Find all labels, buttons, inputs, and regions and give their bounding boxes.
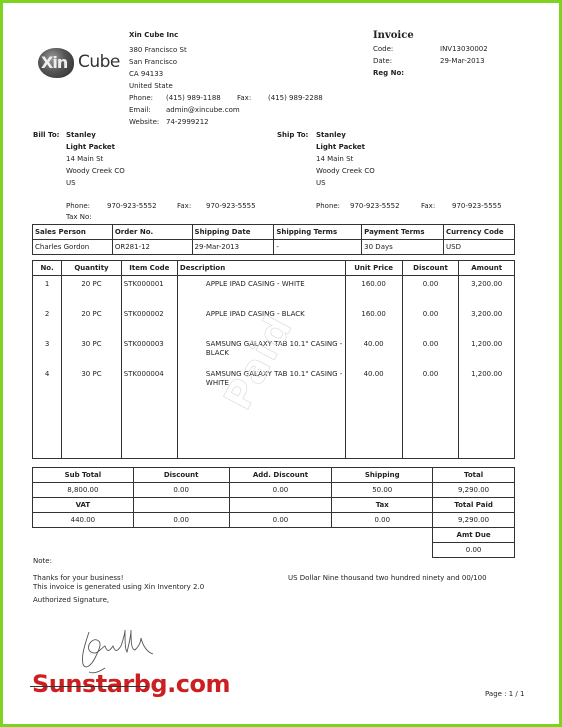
- vat-add-discount: 0.00: [229, 513, 332, 528]
- payment-terms: 30 Days: [362, 240, 444, 255]
- item-unit-price: 40.00: [345, 336, 402, 366]
- add-discount: 0.00: [229, 483, 332, 498]
- item-no: 2: [33, 306, 62, 336]
- table-filler-row: [33, 396, 515, 459]
- invoice-code: INV13030002: [440, 45, 488, 54]
- sub-total: 8,800.00: [33, 483, 134, 498]
- header-discount: Discount: [402, 261, 459, 276]
- ship-to-fax: 970-923-5555: [452, 202, 502, 211]
- item-description: APPLE IPAD CASING - WHITE: [177, 276, 345, 307]
- company-website-label: Website:: [129, 118, 159, 127]
- ship-to-address-1: 14 Main St: [316, 155, 353, 164]
- company-email-label: Email:: [129, 106, 151, 115]
- header-sales-person: Sales Person: [33, 225, 113, 240]
- bill-to-address-3: US: [66, 179, 76, 188]
- item-amount: 3,200.00: [459, 306, 515, 336]
- label-amt-due: Amt Due: [433, 528, 515, 543]
- label-empty-1: [133, 498, 229, 513]
- item-unit-price: 40.00: [345, 366, 402, 396]
- header-item-code: Item Code: [121, 261, 177, 276]
- amount-in-words: US Dollar Nine thousand two hundred nine…: [288, 574, 487, 583]
- item-unit-price: 160.00: [345, 306, 402, 336]
- header-order-no: Order No.: [112, 225, 192, 240]
- company-phone-label: Phone:: [129, 94, 153, 103]
- item-amount: 3,200.00: [459, 276, 515, 307]
- amt-due-header-row: Amt Due: [33, 528, 515, 543]
- label-discount: Discount: [133, 468, 229, 483]
- bill-to-fax: 970-923-5555: [206, 202, 256, 211]
- label-vat: VAT: [33, 498, 134, 513]
- shipping-date: 29-Mar-2013: [192, 240, 274, 255]
- discount: 0.00: [133, 483, 229, 498]
- page-number: Page : 1 / 1: [485, 690, 524, 699]
- item-quantity: 30 PC: [62, 336, 122, 366]
- amt-due-value-row: 0.00: [33, 543, 515, 558]
- amt-due: 0.00: [433, 543, 515, 558]
- header-description: Description: [177, 261, 345, 276]
- bill-to-fax-label: Fax:: [177, 202, 191, 211]
- shipping: 50.00: [332, 483, 433, 498]
- invoice-reg-label: Reg No:: [373, 69, 404, 78]
- generated-text: This invoice is generated using Xin Inve…: [33, 583, 204, 592]
- item-discount: 0.00: [402, 336, 459, 366]
- ship-to-label: Ship To:: [277, 131, 308, 140]
- totals-header-row-1: Sub Total Discount Add. Discount Shippin…: [33, 468, 515, 483]
- totals-header-row-2: VAT Tax Total Paid: [33, 498, 515, 513]
- label-total-paid: Total Paid: [433, 498, 515, 513]
- label-shipping: Shipping: [332, 468, 433, 483]
- item-no: 1: [33, 276, 62, 307]
- header-shipping-date: Shipping Date: [192, 225, 274, 240]
- order-info-header-row: Sales Person Order No. Shipping Date Shi…: [33, 225, 515, 240]
- invoice-date-label: Date:: [373, 57, 392, 66]
- ship-to-company: Light Packet: [316, 143, 365, 152]
- vat: 440.00: [33, 513, 134, 528]
- note-label: Note:: [33, 557, 52, 566]
- totals-value-row-1: 8,800.00 0.00 0.00 50.00 9,290.00: [33, 483, 515, 498]
- item-unit-price: 160.00: [345, 276, 402, 307]
- total-paid: 9,290.00: [433, 513, 515, 528]
- logo-wordmark: Cube: [78, 52, 120, 72]
- item-discount: 0.00: [402, 276, 459, 307]
- header-quantity: Quantity: [62, 261, 122, 276]
- bill-to-address-2: Woody Creek CO: [66, 167, 125, 176]
- bill-to-phone-label: Phone:: [66, 202, 90, 211]
- items-header-row: No. Quantity Item Code Description Unit …: [33, 261, 515, 276]
- invoice-code-label: Code:: [373, 45, 393, 54]
- company-phone: (415) 989-1188: [166, 94, 221, 103]
- label-tax: Tax: [332, 498, 433, 513]
- vat-discount: 0.00: [133, 513, 229, 528]
- item-code: STK000002: [121, 306, 177, 336]
- header-shipping-terms: Shipping Terms: [274, 225, 362, 240]
- item-discount: 0.00: [402, 366, 459, 396]
- company-fax-label: Fax:: [237, 94, 251, 103]
- ship-to-address-3: US: [316, 179, 326, 188]
- company-address-4: United State: [129, 82, 173, 91]
- label-sub-total: Sub Total: [33, 468, 134, 483]
- thanks-text: Thanks for your business!: [33, 574, 124, 583]
- label-total: Total: [433, 468, 515, 483]
- order-info-table: Sales Person Order No. Shipping Date Shi…: [32, 224, 515, 255]
- label-add-discount: Add. Discount: [229, 468, 332, 483]
- label-empty-2: [229, 498, 332, 513]
- logo-mark-text: Xin: [41, 53, 67, 72]
- item-quantity: 20 PC: [62, 306, 122, 336]
- item-no: 3: [33, 336, 62, 366]
- company-address-2: San Francisco: [129, 58, 177, 67]
- ship-to-name: Stanley: [316, 131, 346, 140]
- header-no: No.: [33, 261, 62, 276]
- totals-table: Sub Total Discount Add. Discount Shippin…: [32, 467, 515, 558]
- bill-to-label: Bill To:: [33, 131, 59, 140]
- order-info-value-row: Charles Gordon OR281-12 29-Mar-2013 - 30…: [33, 240, 515, 255]
- item-discount: 0.00: [402, 306, 459, 336]
- ship-to-address-2: Woody Creek CO: [316, 167, 375, 176]
- sales-person: Charles Gordon: [33, 240, 113, 255]
- item-quantity: 30 PC: [62, 366, 122, 396]
- authorized-signature-label: Authorized Signature,: [33, 596, 109, 605]
- ship-to-phone-label: Phone:: [316, 202, 340, 211]
- invoice-title: Invoice: [373, 30, 414, 41]
- bill-to-company: Light Packet: [66, 143, 115, 152]
- company-email[interactable]: admin@xincube.com: [166, 106, 240, 115]
- item-quantity: 20 PC: [62, 276, 122, 307]
- total: 9,290.00: [433, 483, 515, 498]
- shipping-terms: -: [274, 240, 362, 255]
- ship-to-phone: 970-923-5552: [350, 202, 400, 211]
- bill-to-phone: 970-923-5552: [107, 202, 157, 211]
- item-amount: 1,200.00: [459, 336, 515, 366]
- item-amount: 1,200.00: [459, 366, 515, 396]
- item-code: STK000003: [121, 336, 177, 366]
- order-no: OR281-12: [112, 240, 192, 255]
- tax: 0.00: [332, 513, 433, 528]
- bill-to-name: Stanley: [66, 131, 96, 140]
- header-currency-code: Currency Code: [444, 225, 515, 240]
- site-watermark: Sunstarbg.com: [32, 670, 230, 698]
- header-unit-price: Unit Price: [345, 261, 402, 276]
- company-website: 74-2999212: [166, 118, 209, 127]
- item-code: STK000004: [121, 366, 177, 396]
- company-name: Xin Cube Inc: [129, 31, 178, 40]
- ship-to-fax-label: Fax:: [421, 202, 435, 211]
- header-amount: Amount: [459, 261, 515, 276]
- invoice-date: 29-Mar-2013: [440, 57, 485, 66]
- company-address-3: CA 94133: [129, 70, 163, 79]
- item-code: STK000001: [121, 276, 177, 307]
- company-fax: (415) 989-2288: [268, 94, 323, 103]
- table-row: 120 PCSTK000001APPLE IPAD CASING - WHITE…: [33, 276, 515, 307]
- company-logo: Xin: [38, 48, 74, 78]
- bill-to-tax-label: Tax No:: [66, 213, 92, 222]
- signature-line: [30, 686, 148, 687]
- bill-to-address-1: 14 Main St: [66, 155, 103, 164]
- currency-code: USD: [444, 240, 515, 255]
- item-no: 4: [33, 366, 62, 396]
- signature-image: [75, 624, 165, 676]
- company-address-1: 380 Francisco St: [129, 46, 187, 55]
- header-payment-terms: Payment Terms: [362, 225, 444, 240]
- totals-value-row-2: 440.00 0.00 0.00 0.00 9,290.00: [33, 513, 515, 528]
